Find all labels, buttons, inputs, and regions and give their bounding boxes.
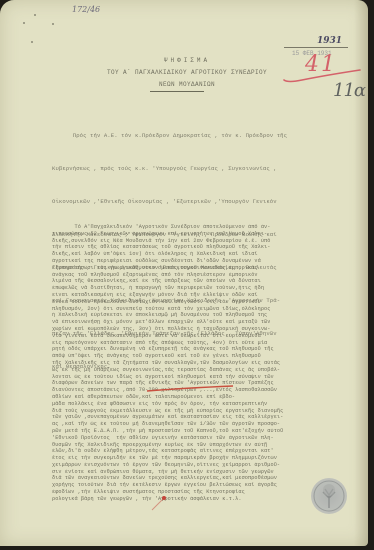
body-line: ρῶν μετά τῆς Ε.Δ.Α.Π. ,τήν μή προστασίαν…	[52, 428, 348, 435]
body-line: ἐφοδίων ,τήν ἔλλειψιν συστήματος προστασ…	[52, 489, 348, 496]
red-ink-tick-icon	[150, 497, 166, 511]
body-line: ἀπόψ ὑπ'ὄψει τῆς ἀνάγκης τοῦ ἀγροτικοῦ κ…	[52, 353, 348, 360]
body-line: ἕνεκα τούτου προκαλοῦσα δυστυχίαν καί ἀπ…	[52, 299, 348, 306]
body-line: ὡς ἐκ τῆς μή ὑπάρξεως συγκοινωνίας,τάς τ…	[52, 367, 348, 374]
paper-speck	[23, 22, 25, 24]
document-page: 172/46 1931 15 ΦΕΒ 1931 41 11α ΨΗΦΙΣΜΑ Τ…	[0, 0, 368, 546]
stamp-divider	[284, 47, 348, 48]
paper-speck	[52, 23, 54, 25]
body-line: ἀγροτικαί της περιφέρειαι οὐδόλως συνδέο…	[52, 258, 348, 265]
tree-seal-icon	[311, 478, 347, 514]
body-line: τῆς Χαλκιδικῆς εἰς τά ζητήματα τῶν συναλ…	[52, 360, 348, 367]
title-underline	[150, 91, 204, 92]
paper-speck	[34, 14, 36, 16]
body-line: ἀθλίων καί ἀθεράπευτων ὁδῶν,καί ταλαιπωρ…	[52, 394, 348, 401]
body-line: νά ἐπικοινωνήσῃ ὄχι μόνον μετ'ἄλλων ἐπαρ…	[52, 319, 348, 326]
body-line: τήν πίεσιν τῆς ἀθλίας καταστάσεως τοῦ ἀγ…	[52, 244, 348, 251]
body-line: ἑλῶν,δι'ἅ οὐδέν ἐλήφθη μέτρον,τάς καταστ…	[52, 448, 348, 455]
addressee-line: Πρός τήν Α.Ε. τόν κ.Πρόεδρον Δημοκρατίας…	[52, 130, 348, 141]
document-subtitle: ΤΟΥ Α΄ ΠΑΓΧΑΛΚΙΔΙΚΟΥ ΑΓΡΟΤΙΚΟΥ ΣΥΝΕΔΡΙΟΥ	[0, 69, 368, 76]
body-line: πληθυσμόν, 2ον) ὅτι συνεπείᾳ τούτου κατά…	[52, 306, 348, 313]
resolution-body: Τό Α'Παγχαλκιδικόν 'Αγροτικόν Συνέδριον …	[52, 224, 348, 503]
body-line: δικῆς,συνελθόν εἰς Νέα Μουδανιά τήν 1ην …	[52, 238, 348, 245]
stamp-year: 1931	[288, 36, 348, 46]
body-line: ἔτος εἰς τήν συγκομιδήν ἐκ τῶν μέ τήν πα…	[52, 455, 348, 462]
archive-seal	[311, 478, 347, 514]
body-line: 'Εθνικοῦ Προϊόντος τήν ἀθλίαν ὑγιεινήν κ…	[52, 435, 348, 442]
body-line: Τό Α'Παγχαλκιδικόν 'Αγροτικόν Συνέδριον …	[52, 224, 348, 231]
body-line: ἐπωφελῶς νά διατίθηται, ἡ παραγωγή τῶν π…	[52, 285, 348, 292]
addressee-line: Κυβερνήσεως , πρός τούς κ.κ. 'Υπουργούς …	[52, 163, 348, 174]
body-line: ἡ Χαλκιδική εὑρίσκεται ἐν ἀποκλεισμῷ μή …	[52, 312, 348, 319]
red-pencil-underline-icon	[145, 384, 235, 394]
body-line: ἀνάγκας τοῦ πληθυσμοῦ ἐξαρτωμένας ἀπό τό…	[52, 272, 348, 279]
body-line: ρητή ὁδός ὑπάρχει δυναμένη νά ἐξυπηρετῇ …	[52, 346, 348, 353]
addressee-line: Οἰκονομικῶν ,'Εθνικῆς Οἰκονομίας , 'Εξωτ…	[52, 196, 348, 207]
body-line: χωρίων καί κωμοπόλεών της, 3ον) ὅτι πολλ…	[52, 326, 348, 333]
body-line: μάδα πολλάκις ἕνα φθάσωσιν εἰς τόν πρός …	[52, 401, 348, 408]
body-line: εἶναι καταδικασμένη εἰς ἐξαγωγήν μόνον δ…	[52, 292, 348, 299]
body-line: λιμένα τῆς Θεσσαλονίκης,καί ἐκ τῆς ὑπάρξ…	[52, 278, 348, 285]
body-line: θυσμῶν τῆς Χαλκιδικῆς προερχομένην κυρίω…	[52, 442, 348, 449]
body-line: ἐξυπηρετήσωσι τάς γεωργικάς,οἰκονομικάς,…	[52, 265, 348, 272]
paper-speck	[31, 41, 33, 43]
body-line: χορήγης τοιούτων διά τήν ἐκτέλεσιν ἔργων…	[52, 482, 348, 489]
document-location: ΝΕΩΝ ΜΟΥΔΑΝΙΩΝ	[0, 81, 368, 88]
body-line: εἰς πρωτόγονον κατάστασιν ἀπό τῆς ἀπόψεω…	[52, 340, 348, 347]
body-line: τῶν γαιῶν ,συνεπαγομένων ἀγρευμάτων καί …	[52, 414, 348, 421]
archive-number: 172/46	[72, 5, 100, 14]
body-line: δικῆς,καί λαβόν ὑπ'ὄψει 1ον) ὅτι ὁλόκληρ…	[52, 251, 348, 258]
body-line: λονται ὡς ἐκ τούτου ἰδίως οἱ ἀγροτικοί π…	[52, 374, 348, 381]
body-line: νία γίνεται κατά δεκαπενθήμερον ὥστε νά …	[52, 333, 348, 340]
body-line: διά τῶν ἀναγκαιούντων δανείων τρεχούσης …	[52, 475, 348, 482]
body-line: ρολογικά βάρη τῶν γεωργῶν , τήν 'Αγροτικ…	[52, 496, 348, 503]
body-line: χειμάρρων ἐνισχυόντων τό ἔργον τῶν θεομη…	[52, 462, 348, 469]
body-line: σιν ἐνίοτε καί ἀνθρώπινα θύματα, τήν μή …	[52, 469, 348, 476]
body-line: τιπροσώπους 52 Γεωργικῶν ὀργανώσεων καί …	[52, 231, 348, 238]
document-title: ΨΗΦΙΣΜΑ	[0, 57, 368, 64]
body-line: ας ,καί τῆν ὡς ἐκ τούτου μή διανεμηθεῖσα…	[52, 421, 348, 428]
body-line: διά τούς γεωργούς ἐκμετάλλευσιν ὡς ἐκ τῆ…	[52, 408, 348, 415]
